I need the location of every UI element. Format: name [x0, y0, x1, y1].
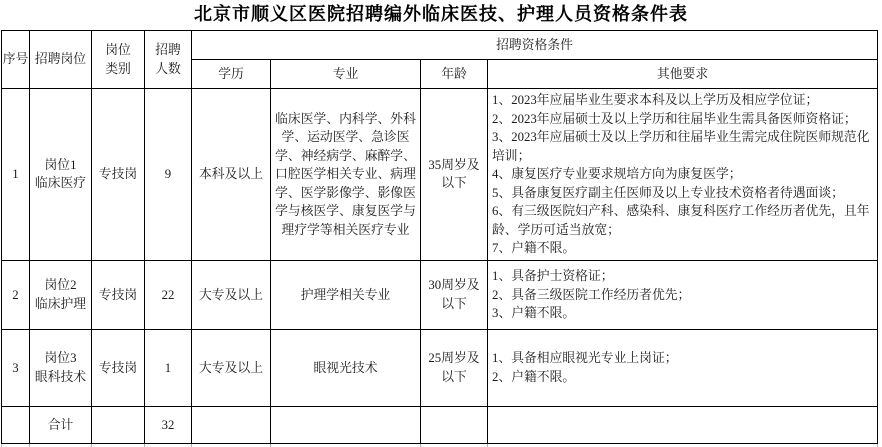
table-row-1: 1 岗位1 临床医疗 专技岗 9 本科及以上 临床医学、内科学、外科学、运动医学…	[2, 89, 878, 261]
header-education: 学历	[192, 60, 271, 89]
row-2-seq: 2	[2, 260, 30, 329]
row-2-age: 30周岁及 以下	[421, 260, 488, 329]
row-2-other: 1、具备护士资格证； 2、具备三级医院工作经历者优先； 3、户籍不限。	[488, 260, 878, 329]
row-3-age: 25周岁及 以下	[421, 329, 488, 406]
row-1-seq: 1	[2, 89, 30, 261]
recruitment-table: 序号 招聘岗位 岗位 类别 招聘 人数 招聘资格条件 学历 专业 年龄 其他要求…	[1, 30, 878, 447]
row-1-position: 岗位1 临床医疗	[30, 89, 92, 261]
total-other-empty	[488, 406, 878, 443]
header-count: 招聘 人数	[145, 31, 192, 89]
total-label: 合计	[30, 406, 92, 443]
row-1-other: 1、2023年应届毕业生要求本科及以上学历及相应学位证； 2、2023年应届硕士…	[488, 89, 878, 261]
row-1-category: 专技岗	[92, 89, 145, 261]
row-3-education: 大专及以上	[192, 329, 271, 406]
header-other: 其他要求	[488, 60, 878, 89]
row-2-education: 大专及以上	[192, 260, 271, 329]
page-title: 北京市顺义区医院招聘编外临床医技、护理人员资格条件表	[0, 0, 882, 30]
total-seq-empty	[2, 406, 30, 443]
header-category: 岗位 类别	[92, 31, 145, 89]
header-major: 专业	[271, 60, 421, 89]
row-3-position: 岗位3 眼科技术	[30, 329, 92, 406]
header-qualification-group: 招聘资格条件	[192, 31, 878, 60]
total-count: 32	[145, 406, 192, 443]
header-seq: 序号	[2, 31, 30, 89]
total-age-empty	[421, 406, 488, 443]
row-1-education: 本科及以上	[192, 89, 271, 261]
row-2-position: 岗位2 临床护理	[30, 260, 92, 329]
row-1-count: 9	[145, 89, 192, 261]
row-1-major: 临床医学、内科学、外科学、运动医学、急诊医学、神经病学、麻醉学、口腔医学相关专业…	[271, 89, 421, 261]
table-row-3: 3 岗位3 眼科技术 专技岗 1 大专及以上 眼视光技术 25周岁及 以下 1、…	[2, 329, 878, 406]
cropped-next-row	[2, 443, 878, 447]
row-2-count: 22	[145, 260, 192, 329]
header-position: 招聘岗位	[30, 31, 92, 89]
header-row-group: 序号 招聘岗位 岗位 类别 招聘 人数 招聘资格条件	[2, 31, 878, 60]
row-3-category: 专技岗	[92, 329, 145, 406]
total-major-empty	[271, 406, 421, 443]
row-3-seq: 3	[2, 329, 30, 406]
row-3-major: 眼视光技术	[271, 329, 421, 406]
row-2-major: 护理学相关专业	[271, 260, 421, 329]
total-row: 合计 32	[2, 406, 878, 443]
total-category-empty	[92, 406, 145, 443]
total-education-empty	[192, 406, 271, 443]
header-age: 年龄	[421, 60, 488, 89]
row-3-other: 1、具备相应眼视光专业上岗证； 2、户籍不限。	[488, 329, 878, 406]
row-2-category: 专技岗	[92, 260, 145, 329]
row-3-count: 1	[145, 329, 192, 406]
table-row-2: 2 岗位2 临床护理 专技岗 22 大专及以上 护理学相关专业 30周岁及 以下…	[2, 260, 878, 329]
row-1-age: 35周岁及 以下	[421, 89, 488, 261]
